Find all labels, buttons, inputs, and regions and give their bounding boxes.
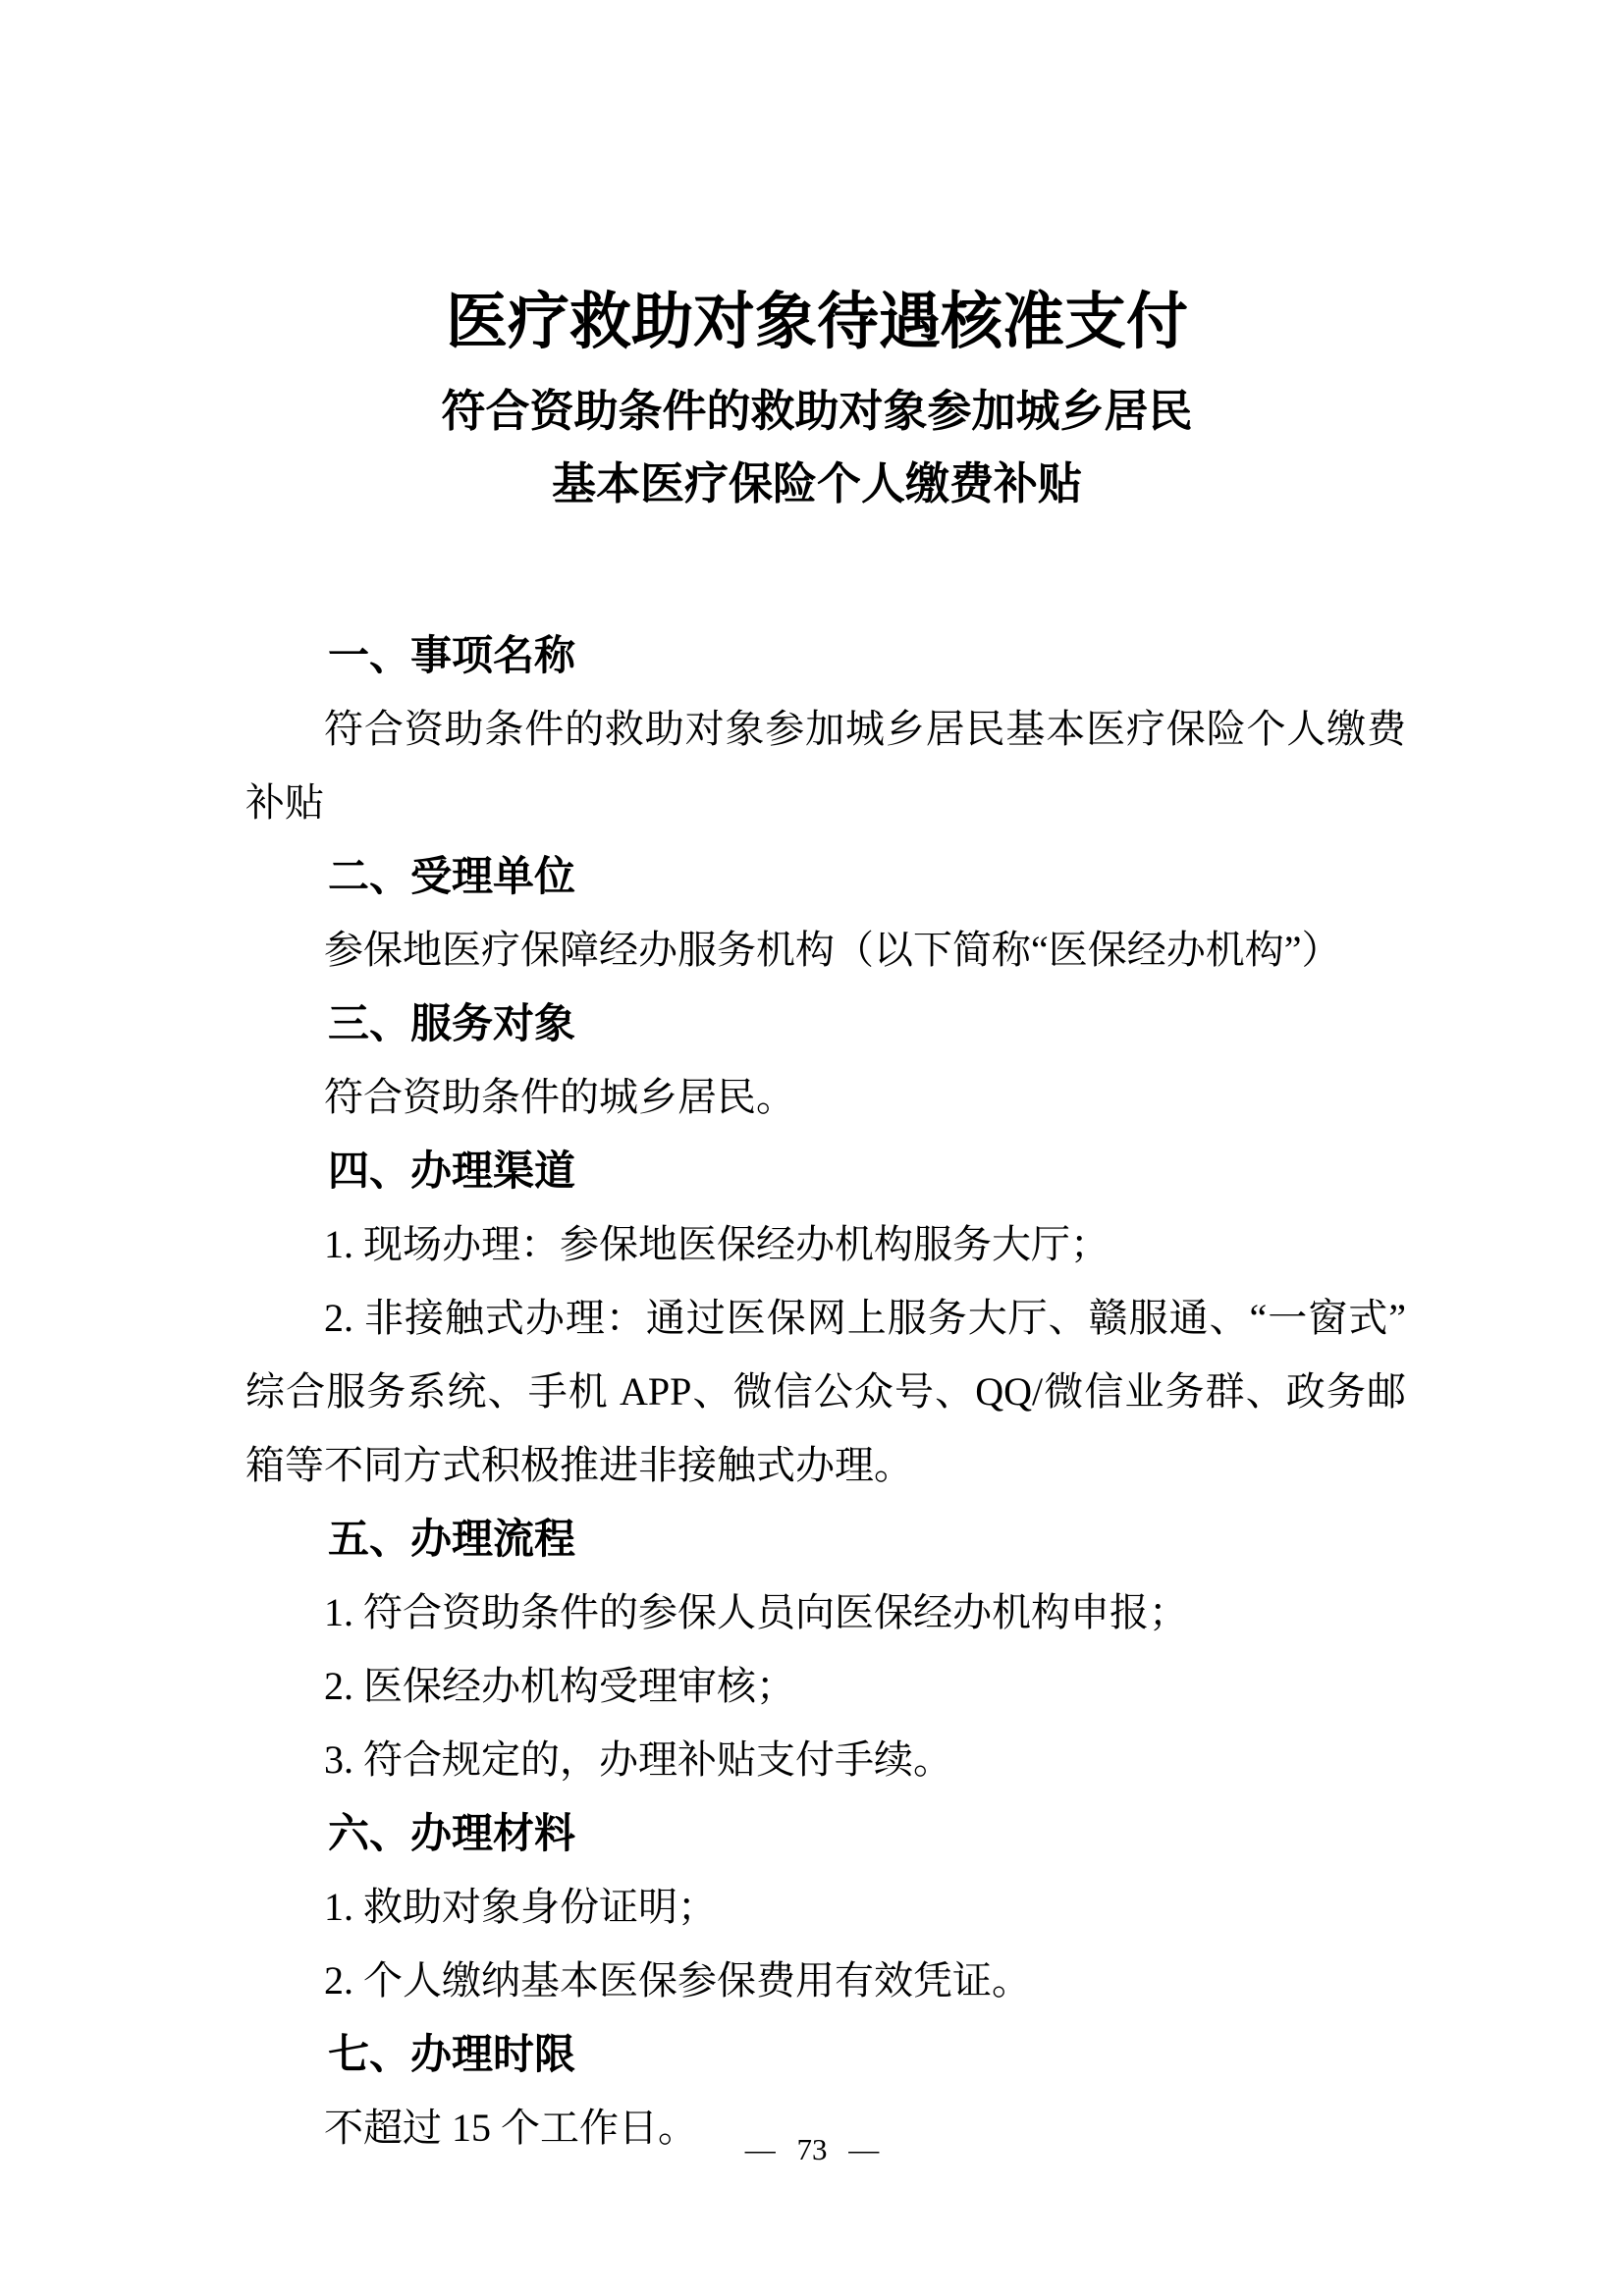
paragraph: 符合资助条件的救助对象参加城乡居民基本医疗保险个人缴费补贴: [245, 692, 1406, 839]
section-heading: 五、办理流程: [245, 1502, 1406, 1575]
section-heading: 四、办理渠道: [245, 1134, 1406, 1207]
paragraph: 1. 符合资助条件的参保人员向医保经办机构申报；: [245, 1575, 1406, 1649]
paragraph: 2. 非接触式办理：通过医保网上服务大厅、赣服通、“一窗式”综合服务系统、手机 …: [245, 1281, 1406, 1502]
document-subtitle-line-1: 符合资助条件的救助对象参加城乡居民: [10, 375, 1624, 448]
section-handling-channels: 四、办理渠道 1. 现场办理：参保地医保经办机构服务大厅； 2. 非接触式办理：…: [245, 1134, 1406, 1502]
document-title: 医疗救助对象待遇核准支付: [10, 285, 1624, 359]
section-heading: 六、办理材料: [245, 1796, 1406, 1870]
paragraph: 1. 救助对象身份证明；: [245, 1870, 1406, 1944]
paragraph: 参保地医疗保障经办服务机构（以下简称“医保经办机构”）: [245, 913, 1406, 987]
paragraph: 1. 现场办理：参保地医保经办机构服务大厅；: [245, 1207, 1406, 1281]
section-item-name: 一、事项名称 符合资助条件的救助对象参加城乡居民基本医疗保险个人缴费补贴: [245, 618, 1406, 839]
section-accepting-unit: 二、受理单位 参保地医疗保障经办服务机构（以下简称“医保经办机构”）: [245, 839, 1406, 987]
page-number: — 73 —: [0, 2130, 1624, 2169]
paragraph: 2. 医保经办机构受理审核；: [245, 1649, 1406, 1723]
paragraph: 3. 符合规定的，办理补贴支付手续。: [245, 1723, 1406, 1796]
document-header: 医疗救助对象待遇核准支付 符合资助条件的救助对象参加城乡居民 基本医疗保险个人缴…: [10, 0, 1624, 520]
section-handling-materials: 六、办理材料 1. 救助对象身份证明； 2. 个人缴纳基本医保参保费用有效凭证。: [245, 1796, 1406, 2017]
paragraph: 符合资助条件的城乡居民。: [245, 1060, 1406, 1134]
section-service-target: 三、服务对象 符合资助条件的城乡居民。: [245, 987, 1406, 1134]
section-heading: 三、服务对象: [245, 987, 1406, 1060]
section-heading: 一、事项名称: [245, 618, 1406, 692]
document-page: 医疗救助对象待遇核准支付 符合资助条件的救助对象参加城乡居民 基本医疗保险个人缴…: [0, 0, 1624, 2296]
section-heading: 二、受理单位: [245, 839, 1406, 913]
document-subtitle-line-2: 基本医疗保险个人缴费补贴: [10, 448, 1624, 520]
document-body: 一、事项名称 符合资助条件的救助对象参加城乡居民基本医疗保险个人缴费补贴 二、受…: [245, 618, 1406, 2164]
section-heading: 七、办理时限: [245, 2017, 1406, 2091]
section-handling-process: 五、办理流程 1. 符合资助条件的参保人员向医保经办机构申报； 2. 医保经办机…: [245, 1502, 1406, 1796]
paragraph: 2. 个人缴纳基本医保参保费用有效凭证。: [245, 1944, 1406, 2017]
